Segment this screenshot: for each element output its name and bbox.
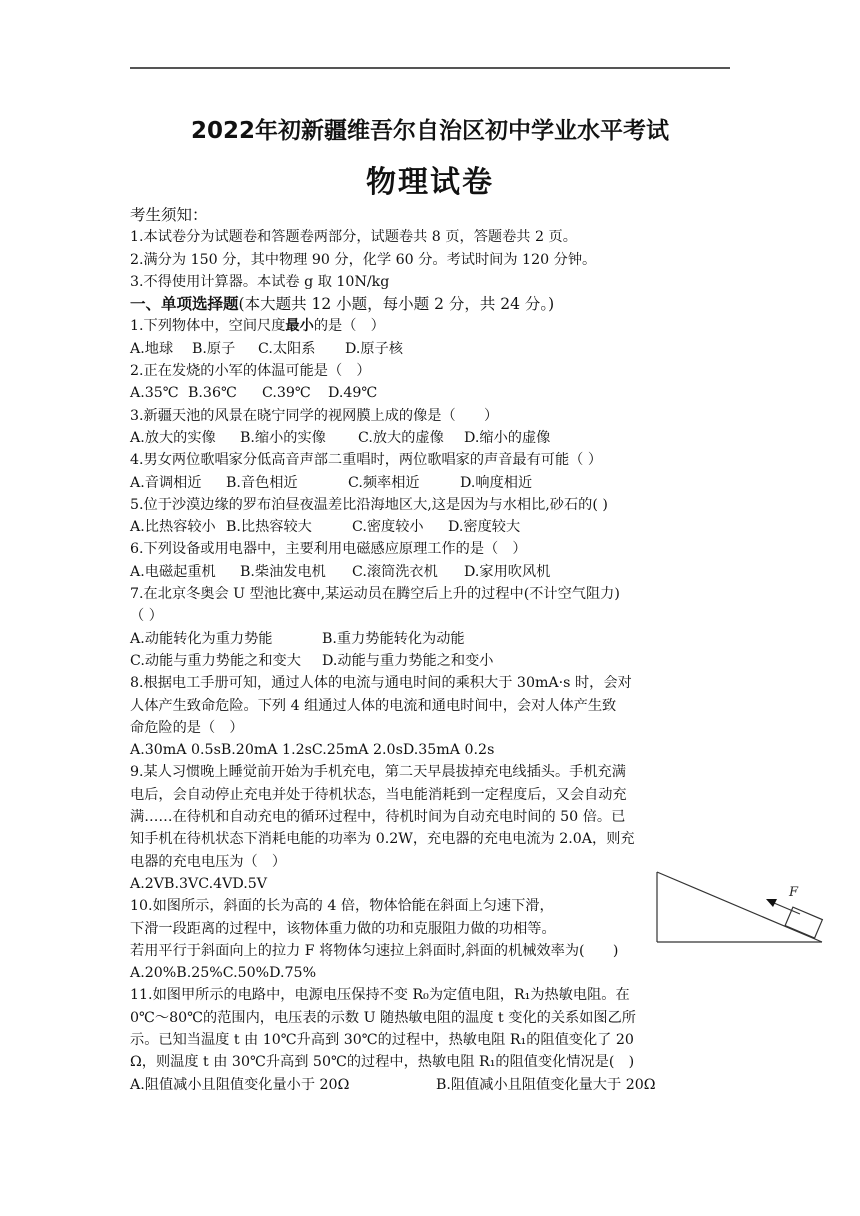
question-6-stem: 6.下列设备或用电器中，主要利用电磁感应原理工作的是（ ）	[130, 538, 742, 560]
question-2-options: A.35℃B.36℃C.39℃D.49℃	[130, 382, 742, 404]
question-10-stem: 10.如图所示，斜面的长为高的 4 倍，物体恰能在斜面上匀速下滑，	[130, 895, 742, 917]
question-10-stem: 若用平行于斜面向上的拉力 F 将物体匀速拉上斜面时,斜面的机械效率为( )	[130, 940, 742, 962]
option-c: C.滚筒洗衣机	[352, 561, 464, 583]
question-10-options: A.20%B.25%C.50%D.75%	[130, 962, 742, 984]
incline-figure: F	[652, 866, 832, 948]
option-d: D.家用吹风机	[464, 561, 550, 583]
option-d: D.49℃	[328, 382, 377, 404]
question-3-stem: 3.新疆天池的风景在晓宁同学的视网膜上成的像是（ ）	[130, 405, 742, 427]
question-5-options: A.比热容较小B.比热容较大C.密度较小D.密度较大	[130, 516, 742, 538]
option-a: A.地球	[130, 338, 192, 360]
option-c: C.密度较小	[352, 516, 448, 538]
option-c: C.动能与重力势能之和变大	[130, 650, 322, 672]
notice-item: 2.满分为 150 分，其中物理 90 分，化学 60 分。考试时间为 120 …	[130, 249, 742, 271]
option-a: A.电磁起重机	[130, 561, 240, 583]
option-a: A.放大的实像	[130, 427, 240, 449]
option-d: D.响度相近	[460, 472, 532, 494]
question-7-stem: （ ）	[130, 605, 742, 627]
question-9-stem: 满……在待机和自动充电的循环过程中，待机时间为自动充电时间的 50 倍。已	[130, 806, 742, 828]
question-5-stem: 5.位于沙漠边缘的罗布泊昼夜温差比沿海地区大,这是因为与水相比,砂石的( )	[130, 494, 742, 516]
option-b: B.阻值减小且阻值变化量大于 20Ω	[436, 1074, 656, 1096]
exam-subtitle: 物理试卷	[0, 157, 860, 201]
incline-diagram: F	[652, 866, 832, 948]
stem-emphasis: 最小	[285, 318, 313, 334]
notice-item: 3.不得使用计算器。本试卷 g 取 10N/kg	[130, 271, 742, 293]
question-9-stem: 电后，会自动停止充电并处于待机状态，当电能消耗到一定程度后，又会自动充	[130, 784, 742, 806]
section-note: (本大题共 12 小题，每小题 2 分，共 24 分。)	[239, 295, 555, 313]
option-c: C.频率相近	[348, 472, 460, 494]
question-11-stem: 示。已知当温度 t 由 10℃升高到 30℃的过程中，热敏电阻 R₁的阻值变化了…	[130, 1029, 742, 1051]
option-d: D.缩小的虚像	[464, 427, 550, 449]
section-heading: 一、单项选择题(本大题共 12 小题，每小题 2 分，共 24 分。)	[130, 293, 742, 315]
question-11-stem: 0℃～80℃的范围内，电压表的示数 U 随热敏电阻的温度 t 变化的关系如图乙所	[130, 1007, 742, 1029]
exam-title: 2022年初新疆维吾尔自治区初中学业水平考试	[0, 112, 860, 145]
option-c: C.太阳系	[258, 338, 345, 360]
question-7-stem: 7.在北京冬奥会 U 型池比赛中,某运动员在腾空后上升的过程中(不计空气阻力)	[130, 583, 742, 605]
question-8-options: A.30mA 0.5sB.20mA 1.2sC.25mA 2.0sD.35mA …	[130, 739, 742, 761]
question-9-stem: 电器的充电电压为（ ）	[130, 851, 742, 873]
option-c: C.放大的虚像	[358, 427, 464, 449]
question-9-stem: 知手机在待机状态下消耗电能的功率为 0.2W，充电器的充电电流为 2.0A，则充	[130, 828, 742, 850]
question-8-stem: 8.根据电工手册可知，通过人体的电流与通电时间的乘积大于 30mA·s 时，会对	[130, 672, 742, 694]
question-8-stem: 人体产生致命危险。下列 4 组通过人体的电流和通电时间中，会对人体产生致	[130, 695, 742, 717]
question-6-options: A.电磁起重机B.柴油发电机C.滚筒洗衣机D.家用吹风机	[130, 561, 742, 583]
exam-body: 考生须知： 1.本试卷分为试题卷和答题卷两部分，试题卷共 8 页，答题卷共 2 …	[130, 204, 742, 1096]
force-label: F	[788, 885, 799, 900]
question-4-options: A.音调相近B.音色相近C.频率相近D.响度相近	[130, 472, 742, 494]
notice-heading: 考生须知：	[130, 204, 742, 226]
option-d: D.原子核	[345, 338, 403, 360]
section-title: 一、单项选择题	[130, 295, 239, 313]
question-2-stem: 2.正在发烧的小军的体温可能是（ ）	[130, 360, 742, 382]
stem-text: 1.下列物体中，空间尺度	[130, 318, 285, 334]
option-b: B.重力势能转化为动能	[322, 628, 465, 650]
option-a: A.音调相近	[130, 472, 226, 494]
top-rule	[130, 67, 730, 69]
question-11-options: A.阻值减小且阻值变化量小于 20ΩB.阻值减小且阻值变化量大于 20Ω	[130, 1074, 742, 1096]
question-10-stem: 下滑一段距离的过程中，该物体重力做的功和克服阻力做的功相等。	[130, 918, 742, 940]
option-c: C.39℃	[262, 382, 328, 404]
question-4-stem: 4.男女两位歌唱家分低高音声部二重唱时，两位歌唱家的声音最有可能（ ）	[130, 449, 742, 471]
question-1-stem: 1.下列物体中，空间尺度最小的是（ ）	[130, 315, 742, 337]
question-9-options: A.2VB.3VC.4VD.5V	[130, 873, 742, 895]
question-8-stem: 命危险的是（ ）	[130, 717, 742, 739]
option-a: A.比热容较小	[130, 516, 226, 538]
option-b: B.缩小的实像	[240, 427, 358, 449]
option-a: A.动能转化为重力势能	[130, 628, 322, 650]
stem-text: 的是（ ）	[314, 318, 385, 334]
question-1-options: A.地球B.原子C.太阳系D.原子核	[130, 338, 742, 360]
question-7-options: A.动能转化为重力势能B.重力势能转化为动能	[130, 628, 742, 650]
block-shape	[785, 907, 822, 938]
option-b: B.柴油发电机	[240, 561, 352, 583]
question-3-options: A.放大的实像B.缩小的实像C.放大的虚像D.缩小的虚像	[130, 427, 742, 449]
option-a: A.阻值减小且阻值变化量小于 20Ω	[130, 1074, 436, 1096]
question-11-stem: Ω，则温度 t 由 30℃升高到 50℃的过程中，热敏电阻 R₁的阻值变化情况是…	[130, 1051, 742, 1073]
question-7-options: C.动能与重力势能之和变大D.动能与重力势能之和变小	[130, 650, 742, 672]
option-d: D.动能与重力势能之和变小	[322, 650, 493, 672]
question-11-stem: 11.如图甲所示的电路中，电源电压保持不变 R₀为定值电阻，R₁为热敏电阻。在	[130, 984, 742, 1006]
option-b: B.36℃	[188, 382, 262, 404]
option-b: B.音色相近	[226, 472, 348, 494]
option-a: A.35℃	[130, 382, 188, 404]
notice-item: 1.本试卷分为试题卷和答题卷两部分，试题卷共 8 页，答题卷共 2 页。	[130, 226, 742, 248]
option-d: D.密度较大	[448, 516, 520, 538]
question-9-stem: 9.某人习惯晚上睡觉前开始为手机充电，第二天早晨拔掉充电线插头。手机充满	[130, 761, 742, 783]
option-b: B.比热容较大	[226, 516, 352, 538]
option-b: B.原子	[192, 338, 258, 360]
